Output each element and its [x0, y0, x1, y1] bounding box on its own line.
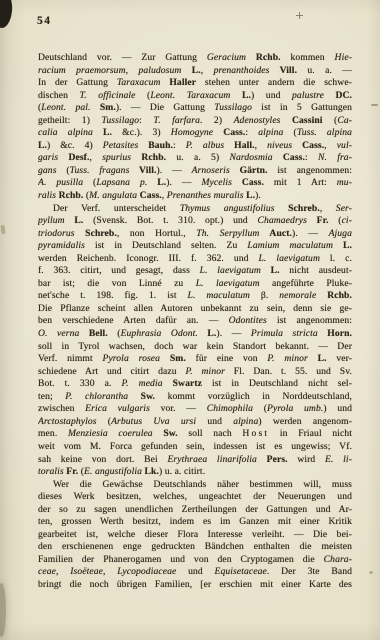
ink-blot-artifact — [0, 0, 14, 29]
text-line: net'sche t. 198. fig. 1. ist L. maculatu… — [38, 290, 352, 303]
text-line: Der Verf. unterscheidet Thymus angustifo… — [38, 203, 352, 216]
text-line: Familien der Phanerogamen und von den Cr… — [38, 554, 352, 567]
text-line: Bot. t. 330 a. P. media Swartz ist in De… — [38, 378, 352, 391]
text-line: ten, grossen Werth besitzt, indem es im … — [38, 516, 352, 529]
text-line: pyllum L. (Svensk. Bot. t. 310. opt.) un… — [38, 215, 352, 228]
text-line: gearbeitet ist, welche dieser Flora Inte… — [38, 529, 352, 542]
text-line: ten; P. chlorantha Sw. kommt vorzüglich … — [38, 391, 352, 404]
text-line: gans (Tuss. fragans Vill.). — Arnoseris … — [38, 165, 352, 178]
text-line: soll in Tyrol wachsen, doch war kein Sta… — [38, 341, 352, 354]
text-line: werden Reichenb. Iconogr. III. f. 362. u… — [38, 253, 352, 266]
text-block: Deutschland vor. — Zur Gattung Geracium … — [38, 52, 352, 592]
text-line: men. Menziesia coerulea Sw. soll nach Ho… — [38, 428, 352, 441]
text-line: In der Gattung Taraxacum Haller stehen u… — [38, 77, 352, 90]
text-line: L.) &c. 4) Petasites Bauh.: P. albus Hal… — [38, 140, 352, 153]
text-line: Arctostaphylos (Arbutus Uva ursi und alp… — [38, 416, 352, 429]
text-line: Wer die Gewächse Deutschlands näher best… — [38, 479, 352, 492]
text-line: schiedene Art und citirt dazu P. minor F… — [38, 366, 352, 379]
text-line: ben verschiedene Arten dafür an. — Odont… — [38, 315, 352, 328]
lower-right-speck-artifact — [369, 571, 373, 574]
text-line: getheilt: 1) Tussilago: T. farfara. 2) A… — [38, 115, 352, 128]
text-line: A. pusilla (Lapsana p. L.). — Mycelis Ca… — [38, 177, 352, 190]
text-line: dieses Werk besitzen, welches, ungeachte… — [38, 491, 352, 504]
text-line: Verf. nimmt Pyrola rosea Sm. für eine vo… — [38, 353, 352, 366]
text-line: der so zu sagen unendlichen Zertheilunge… — [38, 504, 352, 517]
text-line: den erschienenen enge gedruckten Bändche… — [38, 541, 352, 554]
text-line: triodorus Schreb., non Hortul., Th. Serp… — [38, 228, 352, 241]
text-line: (Leont. pal. Sm.). — Die Gattung Tussila… — [38, 102, 352, 115]
text-line: O. verna Bell. (Euphrasia Odont. L.). — … — [38, 328, 352, 341]
right-edge-speck-artifact — [371, 104, 378, 106]
left-margin-speck-artifact — [0, 225, 5, 234]
text-line: calia alpina L. &c.). 3) Homogyne Cass.:… — [38, 127, 352, 140]
text-line: garis Desf., spurius Rchb. u. a. 5) Nard… — [38, 152, 352, 165]
text-line: sah keine von dort. Bei Erythraea linari… — [38, 454, 352, 467]
text-line: racium praemorsum, paludosum L., prenant… — [38, 65, 352, 78]
text-line: f. 363. citirt, und gesagt, dass L. laev… — [38, 265, 352, 278]
page-number: 54 — [37, 15, 52, 27]
text-line: zwischen Erica vulgaris vor. — Chimophil… — [38, 403, 352, 416]
scanned-book-page: 54 Deutschland vor. — Zur Gattung Geraci… — [0, 0, 380, 640]
text-line: pyramidalis ist in Deutschland selten. Z… — [38, 240, 352, 253]
text-line: ralis Rchb. (M. angulata Cass., Prenanth… — [38, 190, 352, 203]
text-line: bar ist; die von Linné zu L. laevigatum … — [38, 278, 352, 291]
text-line: Deutschland vor. — Zur Gattung Geracium … — [38, 52, 352, 65]
text-line: weit vom M. Forca gefunden sein, indesse… — [38, 441, 352, 454]
text-line: toralis Fr. (E. angustifolia Lk.) u. a. … — [38, 466, 352, 479]
text-line: Die Pflanze scheint allen Autoren unbeka… — [38, 303, 352, 316]
text-line: ceae, Isoëteae, Lycopodiaceae und Equise… — [38, 566, 352, 579]
bottom-left-smudge-artifact — [0, 583, 6, 637]
text-line: dischen T. officinale (Leont. Taraxacum … — [38, 90, 352, 103]
text-line: bringt die noch übrigen Familien, [er er… — [38, 579, 352, 592]
plus-speck-artifact — [296, 12, 303, 19]
